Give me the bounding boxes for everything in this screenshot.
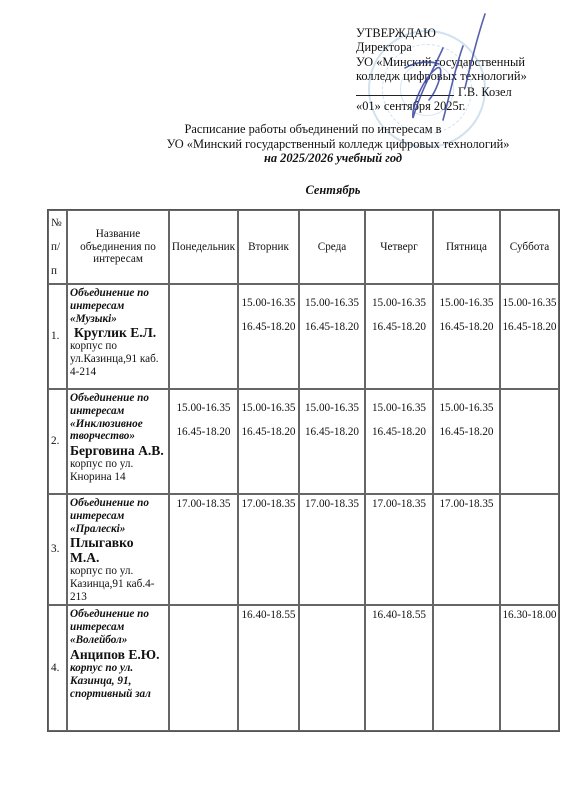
- header-monday: Понедельник: [169, 210, 238, 284]
- time-slot: 17.00-18.35: [171, 498, 236, 511]
- table-row: 4.Объединение по интересам «Волейбол»Анц…: [48, 605, 559, 731]
- approval-title: УТВЕРЖДАЮ: [356, 26, 566, 40]
- association-name: Объединение по интересам «Музыкі»: [70, 287, 166, 325]
- time-slot: 15.00-16.35: [367, 402, 431, 415]
- header-thursday: Четверг: [365, 210, 433, 284]
- time-slot: 15.00-16.35: [502, 297, 557, 310]
- document-heading: Расписание работы объединений по интерес…: [0, 122, 566, 166]
- schedule-cell-friday: [433, 605, 500, 731]
- schedule-cell-saturday: [500, 494, 559, 605]
- heading-line2: УО «Минский государственный колледж цифр…: [0, 137, 566, 152]
- schedule-cell-tuesday: 16.40-18.55: [238, 605, 299, 731]
- approval-org-line2: колледж цифровых технологий»: [356, 69, 566, 83]
- time-slot: 16.45-18.20: [435, 426, 498, 439]
- schedule-cell-saturday: [500, 389, 559, 494]
- schedule-cell-tuesday: 15.00-16.3516.45-18.20: [238, 284, 299, 389]
- association-name: Объединение по интересам «Волейбол»: [70, 608, 166, 646]
- time-slot: 17.00-18.35: [435, 498, 498, 511]
- time-slot: 17.00-18.35: [367, 498, 431, 511]
- time-slot: 15.00-16.35: [367, 297, 431, 310]
- time-slot: 15.00-16.35: [240, 402, 297, 415]
- association-cell: Объединение по интересам «Музыкі»Круглик…: [67, 284, 169, 389]
- time-slot: 15.00-16.35: [435, 297, 498, 310]
- leader-name: Берговина А.В.: [70, 443, 166, 458]
- time-slot: 15.00-16.35: [435, 402, 498, 415]
- time-slot: 16.45-18.20: [171, 426, 236, 439]
- association-cell: Объединение по интересам «Волейбол»Анцип…: [67, 605, 169, 731]
- time-slot: 16.45-18.20: [301, 426, 363, 439]
- association-cell: Объединение по интересам «Пралескі»Плыга…: [67, 494, 169, 605]
- schedule-cell-wednesday: 17.00-18.35: [299, 494, 365, 605]
- schedule-cell-thursday: 15.00-16.3516.45-18.20: [365, 389, 433, 494]
- signatory-name: Г.В. Козел: [458, 85, 512, 99]
- location-address: корпус по ул.Казинца,91 каб. 4-214: [70, 340, 166, 379]
- time-slot: 15.00-16.35: [301, 402, 363, 415]
- schedule-cell-saturday: 15.00-16.3516.45-18.20: [500, 284, 559, 389]
- row-number: 4.: [48, 605, 67, 731]
- schedule-cell-saturday: 16.30-18.00: [500, 605, 559, 731]
- association-name: Объединение по интересам «Пралескі»: [70, 497, 166, 535]
- time-slot: 15.00-16.35: [301, 297, 363, 310]
- month-title: Сентябрь: [0, 183, 566, 198]
- time-slot: 16.45-18.20: [435, 321, 498, 334]
- schedule-cell-tuesday: 15.00-16.3516.45-18.20: [238, 389, 299, 494]
- schedule-cell-wednesday: [299, 605, 365, 731]
- schedule-cell-monday: [169, 605, 238, 731]
- approval-position: Директора: [356, 40, 566, 54]
- schedule-cell-thursday: 16.40-18.55: [365, 605, 433, 731]
- time-slot: 17.00-18.35: [301, 498, 363, 511]
- time-slot: 16.40-18.55: [240, 609, 297, 622]
- leader-name: Круглик Е.Л.: [70, 325, 166, 340]
- time-slot: 16.40-18.55: [367, 609, 431, 622]
- signature-underline: [356, 84, 454, 96]
- time-slot: 16.30-18.00: [502, 609, 557, 622]
- leader-name: Анципов Е.Ю.: [70, 647, 166, 662]
- time-slot: 15.00-16.35: [171, 402, 236, 415]
- schedule-cell-monday: 17.00-18.35: [169, 494, 238, 605]
- approval-org-line1: УО «Минский государственный: [356, 55, 566, 69]
- table-row: 1.Объединение по интересам «Музыкі»Кругл…: [48, 284, 559, 389]
- signature-line: Г.В. Козел: [356, 84, 566, 99]
- schedule-cell-thursday: 17.00-18.35: [365, 494, 433, 605]
- time-slot: 16.45-18.20: [367, 321, 431, 334]
- row-number: 1.: [48, 284, 67, 389]
- schedule-cell-friday: 17.00-18.35: [433, 494, 500, 605]
- schedule-cell-monday: [169, 284, 238, 389]
- approval-date: «01» сентября 2025г.: [356, 99, 566, 113]
- location-address: корпус по ул. Казинца, 91, спортивный за…: [70, 662, 166, 701]
- schedule-cell-wednesday: 15.00-16.3516.45-18.20: [299, 284, 365, 389]
- table-header-row: № п/п Название объединения по интересам …: [48, 210, 559, 284]
- association-cell: Объединение по интересам «Инклюзивное тв…: [67, 389, 169, 494]
- header-name: Название объединения по интересам: [67, 210, 169, 284]
- schedule-cell-friday: 15.00-16.3516.45-18.20: [433, 389, 500, 494]
- time-slot: 16.45-18.20: [367, 426, 431, 439]
- location-address: корпус по ул. Казинца,91 каб.4-213: [70, 565, 166, 604]
- heading-line3: на 2025/2026 учебный год: [0, 151, 566, 166]
- schedule-cell-wednesday: 15.00-16.3516.45-18.20: [299, 389, 365, 494]
- schedule-cell-friday: 15.00-16.3516.45-18.20: [433, 284, 500, 389]
- schedule-table: № п/п Название объединения по интересам …: [47, 209, 560, 732]
- header-saturday: Суббота: [500, 210, 559, 284]
- time-slot: 16.45-18.20: [240, 321, 297, 334]
- header-wednesday: Среда: [299, 210, 365, 284]
- row-number: 3.: [48, 494, 67, 605]
- table-row: 2.Объединение по интересам «Инклюзивное …: [48, 389, 559, 494]
- schedule-cell-tuesday: 17.00-18.35: [238, 494, 299, 605]
- schedule-cell-thursday: 15.00-16.3516.45-18.20: [365, 284, 433, 389]
- association-name: Объединение по интересам «Инклюзивное тв…: [70, 392, 166, 443]
- time-slot: 16.45-18.20: [502, 321, 557, 334]
- header-num: № п/п: [48, 210, 67, 284]
- header-friday: Пятница: [433, 210, 500, 284]
- header-tuesday: Вторник: [238, 210, 299, 284]
- leader-name: Плыгавко М.А.: [70, 535, 166, 565]
- time-slot: 15.00-16.35: [240, 297, 297, 310]
- heading-line1: Расписание работы объединений по интерес…: [0, 122, 566, 137]
- time-slot: 16.45-18.20: [240, 426, 297, 439]
- location-address: корпус по ул. Кнорина 14: [70, 458, 166, 484]
- time-slot: 16.45-18.20: [301, 321, 363, 334]
- table-row: 3.Объединение по интересам «Пралескі»Плы…: [48, 494, 559, 605]
- row-number: 2.: [48, 389, 67, 494]
- time-slot: 17.00-18.35: [240, 498, 297, 511]
- approval-block: УТВЕРЖДАЮ Директора УО «Минский государс…: [356, 26, 566, 113]
- schedule-cell-monday: 15.00-16.3516.45-18.20: [169, 389, 238, 494]
